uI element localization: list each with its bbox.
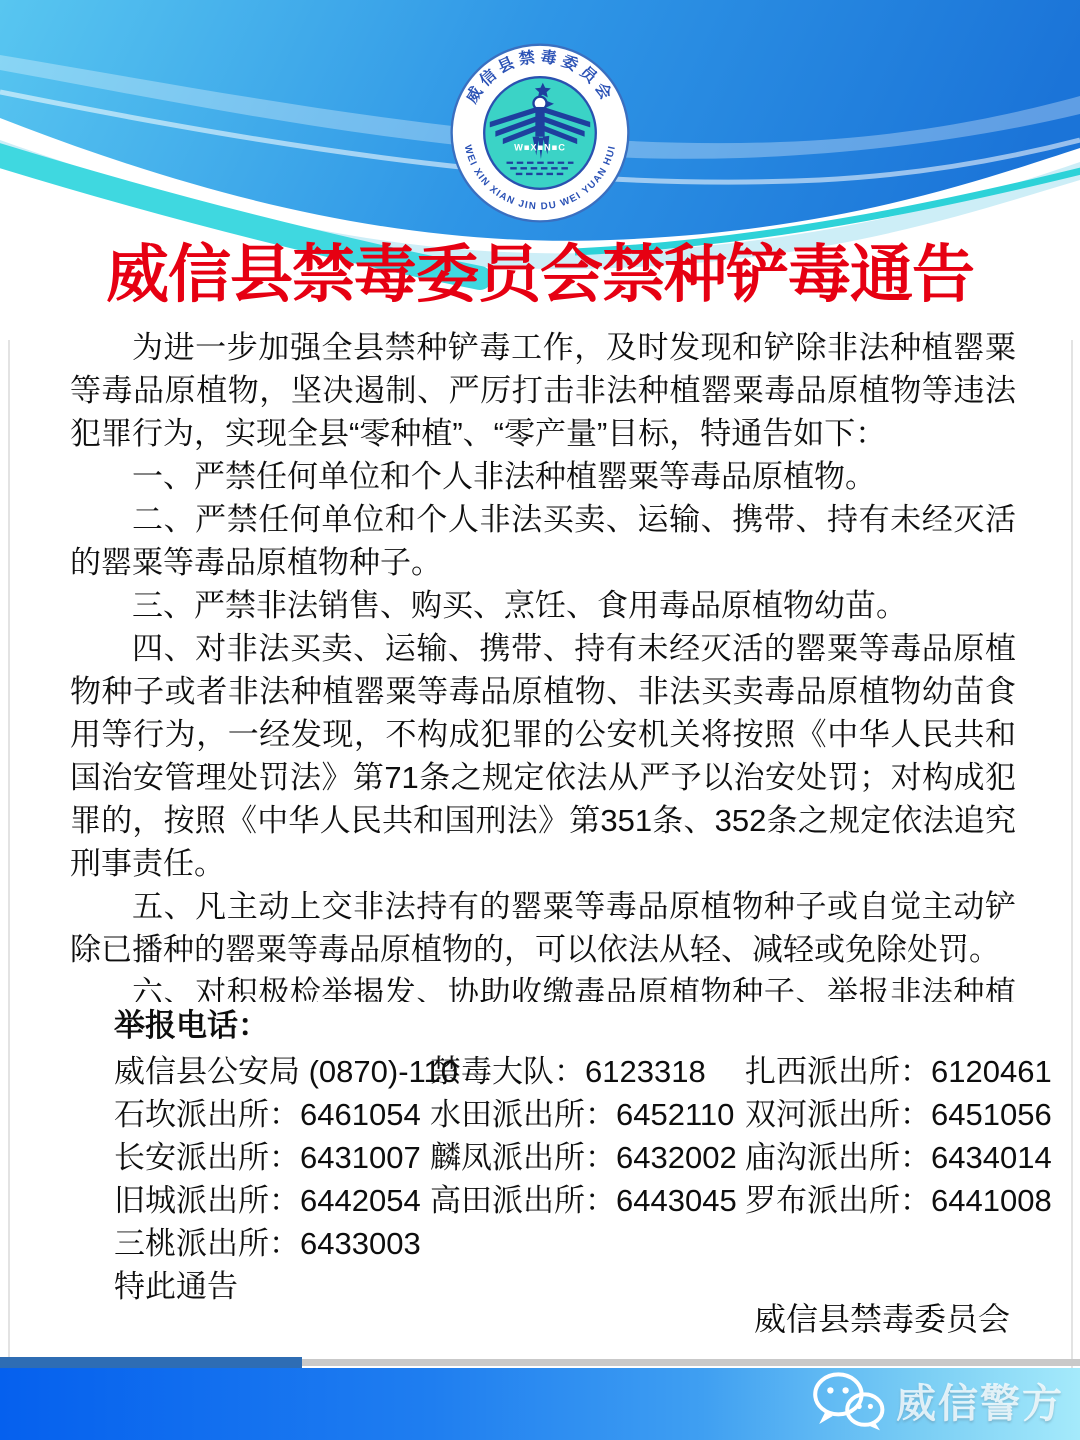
hotline-table: 威信县公安局 (0870)-110 禁毒大队：6123318 扎西派出所：612… xyxy=(114,1050,1022,1308)
notice-item-1: 一、严禁任何单位和个人非法种植罂粟等毒品原植物。 xyxy=(70,455,1016,498)
hotline-entry-empty xyxy=(745,1222,1052,1265)
hotline-entry: 长安派出所：6431007 xyxy=(114,1136,430,1179)
hotline-entry: 禁毒大队：6123318 xyxy=(430,1050,745,1093)
hotline-entry: 双河派出所：6451056 xyxy=(745,1093,1052,1136)
signature: 威信县禁毒委员会 xyxy=(754,1294,1010,1340)
hotline-entry: 石坎派出所：6461054 xyxy=(114,1093,430,1136)
notice-item-4: 四、对非法买卖、运输、携带、持有未经灭活的罂粟等毒品原植物种子或者非法种植罂粟等… xyxy=(70,627,1016,885)
page-title: 威信县禁毒委员会禁种铲毒通告 xyxy=(0,224,1080,315)
hotline-entry: 庙沟派出所：6434014 xyxy=(745,1136,1052,1179)
notice-item-6: 六、对积极检举揭发、协助收缴毒品原植物种子、举报非法种植罂粟毒品原植物的，按照《… xyxy=(70,971,1016,1002)
hotline-entry: 威信县公安局 (0870)-110 xyxy=(114,1050,430,1093)
hotline-entry: 扎西派出所：6120461 xyxy=(745,1050,1052,1093)
hotline-entry: 高田派出所：6443045 xyxy=(430,1179,745,1222)
hotline-section: 举报电话： 威信县公安局 (0870)-110 禁毒大队：6123318 扎西派… xyxy=(114,1002,1022,1308)
hotline-entry: 旧城派出所：6442054 xyxy=(114,1179,430,1222)
hotline-entry: 麟凤派出所：6432002 xyxy=(430,1136,745,1179)
notice-item-5: 五、凡主动上交非法持有的罂粟等毒品原植物种子或自觉主动铲除已播种的罂粟等毒品原植… xyxy=(70,885,1016,971)
notice-item-2: 二、严禁任何单位和个人非法买卖、运输、携带、持有未经灭活的罂粟等毒品原植物种子。 xyxy=(70,498,1016,584)
wechat-badge: 威信警方 xyxy=(806,1368,1064,1432)
committee-logo: 威信县禁毒委员会 WEI XIN XIAN JIN DU WEI YUAN HU… xyxy=(447,40,633,226)
logo-center-code: W■X■N■C xyxy=(514,143,566,153)
notice-intro: 为进一步加强全县禁种铲毒工作，及时发现和铲除非法种植罂粟等毒品原植物，坚决遏制、… xyxy=(70,326,1016,455)
hotline-entry: 三桃派出所：6433003 xyxy=(114,1222,430,1265)
hotline-heading: 举报电话： xyxy=(114,1002,1022,1050)
footer: 威信警方 xyxy=(0,1354,1080,1440)
hotline-entry-empty xyxy=(430,1222,745,1265)
notice-item-3: 三、严禁非法销售、购买、烹饪、食用毒品原植物幼苗。 xyxy=(70,584,1016,627)
notice-poster: 威信县禁毒委员会 WEI XIN XIAN JIN DU WEI YUAN HU… xyxy=(0,0,1080,1440)
hotline-entry: 水田派出所：6452110 xyxy=(430,1093,745,1136)
footer-gray-line xyxy=(302,1359,1080,1366)
hotline-entry: 罗布派出所：6441008 xyxy=(745,1179,1052,1222)
wechat-icon xyxy=(806,1368,890,1432)
notice-body: 为进一步加强全县禁种铲毒工作，及时发现和铲除非法种植罂粟等毒品原植物，坚决遏制、… xyxy=(70,326,1016,1002)
wechat-account-name: 威信警方 xyxy=(896,1372,1064,1429)
closing-statement: 特此通告 xyxy=(114,1265,430,1308)
